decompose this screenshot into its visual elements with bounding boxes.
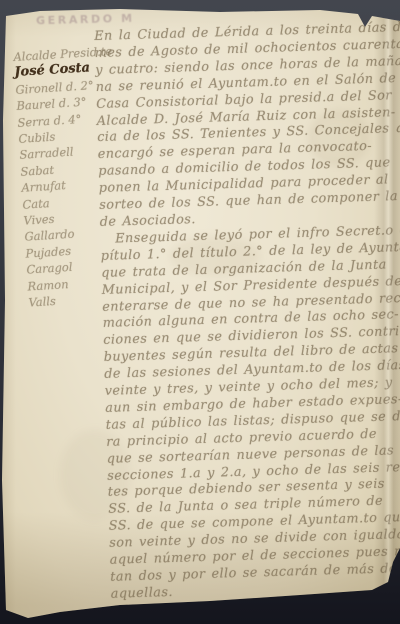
manuscript-body-text: En la Ciudad de Lérida a los treinta día… [94,20,400,604]
manuscript-page: GERARDO M Alcalde Presid.teJosé CostaGir… [0,0,400,624]
photo-backdrop: GERARDO M Alcalde Presid.teJosé CostaGir… [0,0,400,624]
archive-stamp: GERARDO M [36,12,135,28]
catchword: Practi [338,591,377,607]
